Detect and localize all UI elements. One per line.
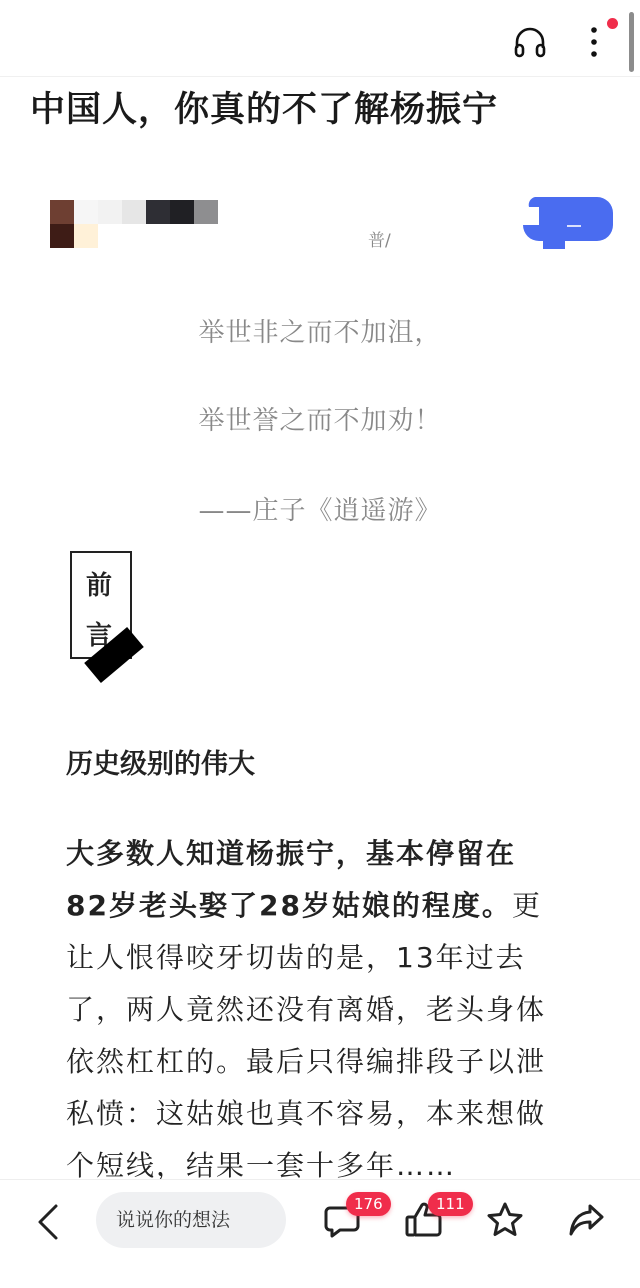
- comment-input[interactable]: 说说你的想法: [96, 1192, 286, 1248]
- normal-text: 依然杠杠的。最后只得编排段子以泄: [66, 1045, 546, 1078]
- paragraph-line: 让人恨得咬牙切齿的是，13年过去: [66, 932, 586, 984]
- back-chevron-icon[interactable]: [34, 1202, 62, 1242]
- normal-text: 个短线，结果一套十多年……: [66, 1149, 456, 1182]
- bottom-action-bar: 说说你的想法 176 111: [0, 1179, 640, 1288]
- quote-line-1: 举世非之而不加沮，: [0, 312, 640, 349]
- paragraph-line: 了，两人竟然还没有离婚，老头身体: [66, 984, 586, 1036]
- quote-attribution: ——庄子《逍遥游》: [0, 490, 640, 527]
- normal-text: 了，两人竟然还没有离婚，老头身体: [66, 993, 546, 1026]
- more-vertical-icon[interactable]: [584, 22, 604, 62]
- paragraph-line: 大多数人知道杨振宁，基本停留在: [66, 828, 586, 880]
- bold-text: 82岁老头娶了28岁姑娘的程度。: [66, 889, 512, 922]
- paragraph-line: 依然杠杠的。最后只得编排段子以泄: [66, 1036, 586, 1088]
- like-count-badge: 111: [428, 1192, 473, 1216]
- follow-button-obscured[interactable]: [521, 193, 613, 249]
- notification-dot: [607, 18, 618, 29]
- scrollbar[interactable]: [629, 12, 634, 72]
- normal-text: 私愤：这姑娘也真不容易，本来想做: [66, 1097, 546, 1130]
- normal-text: 更: [512, 889, 542, 922]
- share-arrow-icon[interactable]: [566, 1200, 606, 1240]
- headphones-icon[interactable]: [512, 24, 548, 60]
- normal-text: 让人恨得咬牙切齿的是，13年过去: [66, 941, 526, 974]
- comment-count-badge: 176: [346, 1192, 391, 1216]
- source-label: 普/: [368, 226, 391, 251]
- paragraph-line: 私愤：这姑娘也真不容易，本来想做: [66, 1088, 586, 1140]
- preface-char-1: 前: [86, 565, 112, 602]
- paragraph-line: 82岁老头娶了28岁姑娘的程度。更: [66, 880, 586, 932]
- article-title: 中国人，你真的不了解杨振宁: [30, 82, 498, 132]
- star-favorite-icon[interactable]: [485, 1200, 525, 1240]
- bold-text: 大多数人知道杨振宁，基本停留在: [66, 837, 516, 870]
- quote-line-2: 举世誉之而不加劝！: [0, 400, 640, 437]
- section-heading: 历史级别的伟大: [66, 742, 255, 781]
- article-paragraph: 大多数人知道杨振宁，基本停留在 82岁老头娶了28岁姑娘的程度。更 让人恨得咬牙…: [66, 828, 586, 1192]
- top-bar: [0, 0, 640, 77]
